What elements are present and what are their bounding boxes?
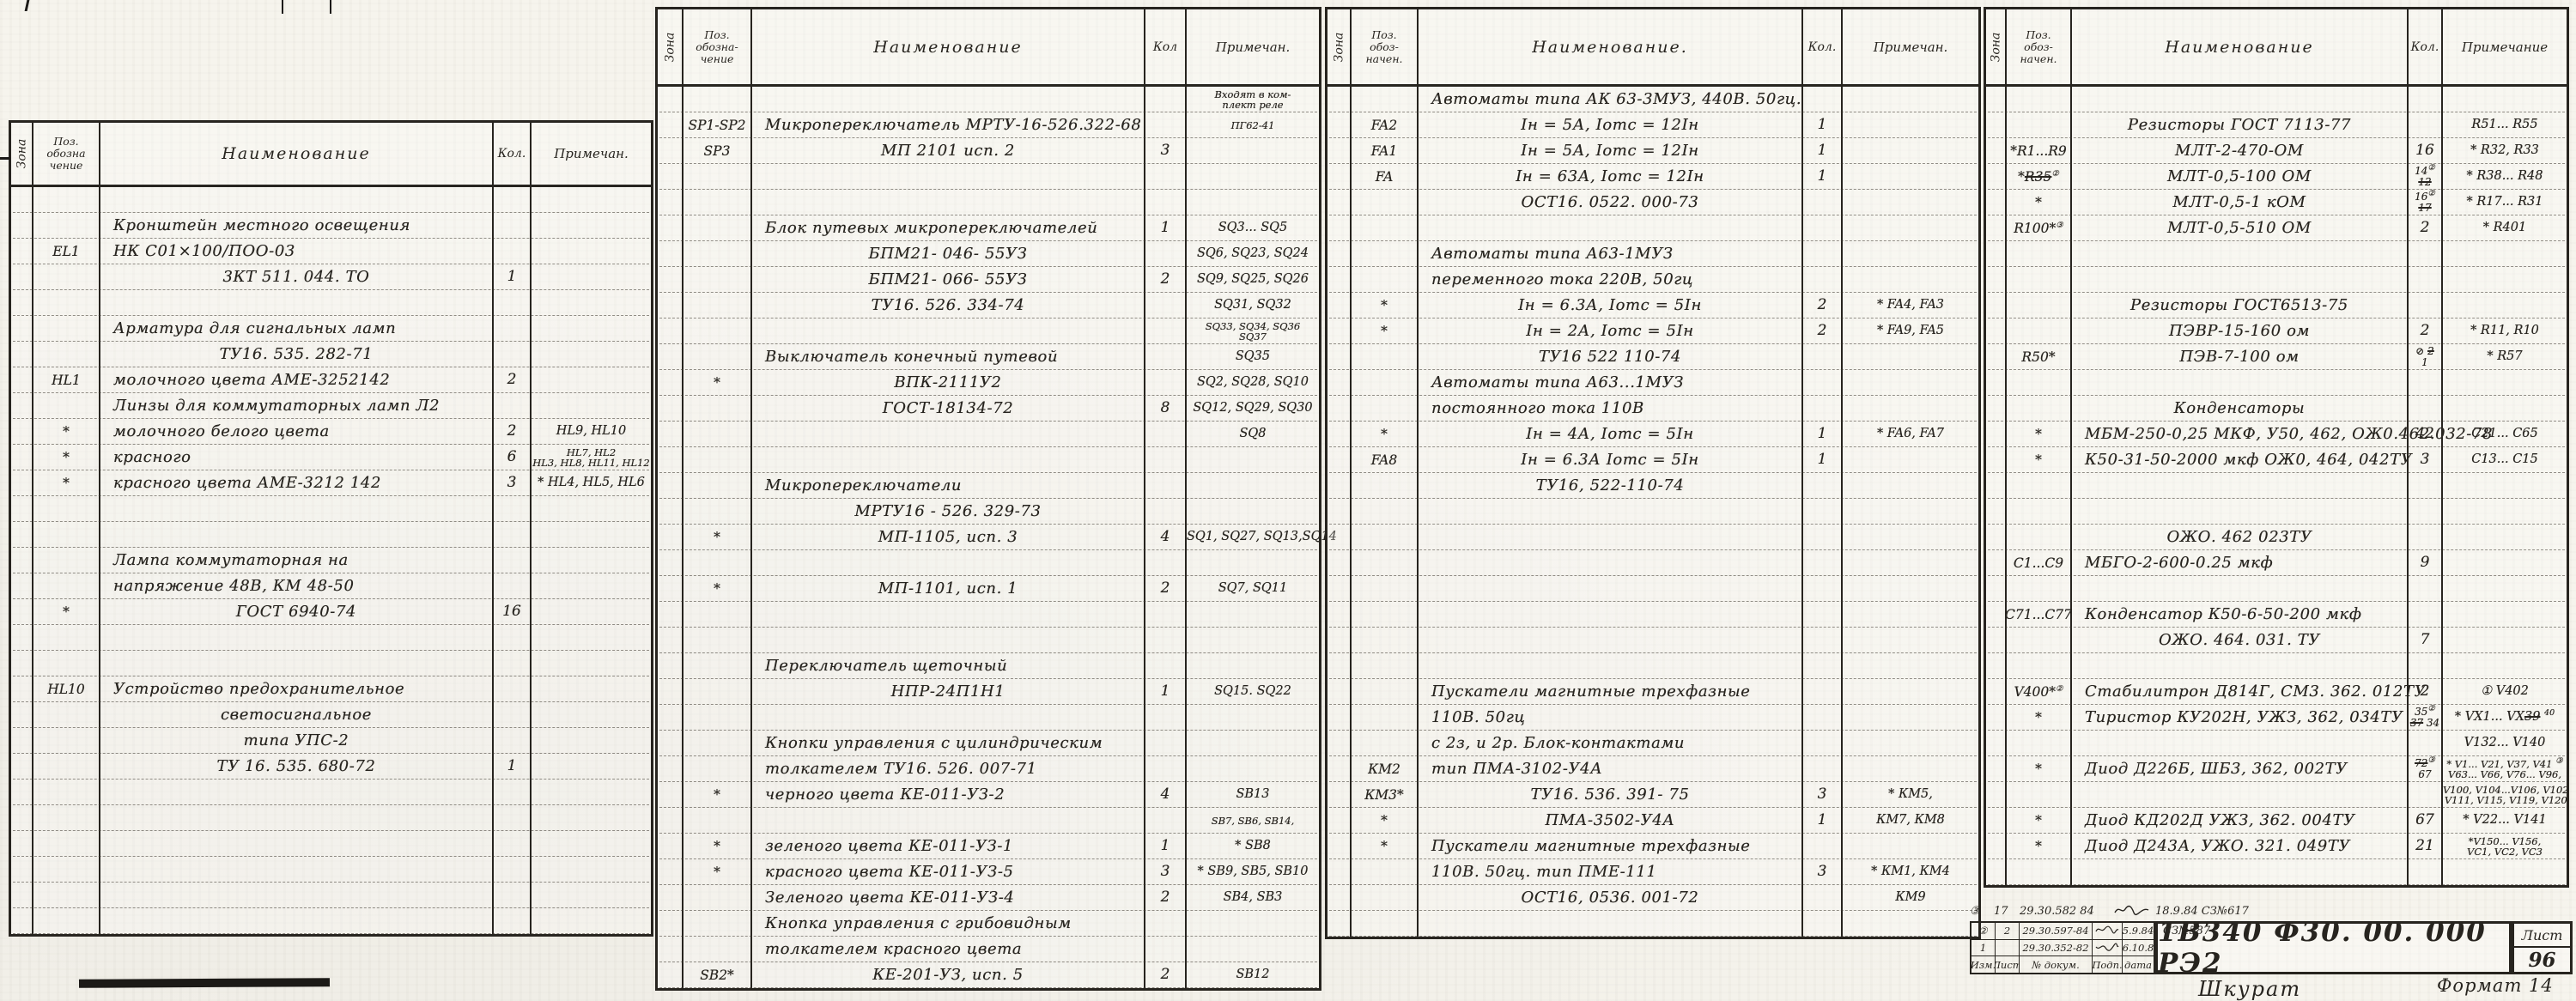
quantity-cell xyxy=(1145,370,1187,396)
author-signature-text: Шкурат xyxy=(2198,977,2301,1001)
position-cell xyxy=(1352,679,1419,705)
revision-sheet: 17 xyxy=(1994,905,2020,918)
quantity-cell xyxy=(2409,499,2443,525)
quantity-cell xyxy=(494,857,532,883)
zone-cell xyxy=(1327,885,1352,911)
position-cell: С1...С9 xyxy=(2007,550,2072,576)
zone-cell xyxy=(658,293,683,318)
fold-mark xyxy=(330,0,331,14)
note-cell: SQ35 xyxy=(1187,344,1319,370)
zone-cell xyxy=(1327,396,1352,422)
document-number-box: СЗ№587 1В340 Ф30. 00. 000 РЭ2 xyxy=(2155,921,2512,974)
table-row: КМ3*ТУ16. 536. 391- 753* КМ5, xyxy=(1327,782,1978,808)
position-cell xyxy=(683,190,752,215)
quantity-cell xyxy=(1803,499,1843,525)
table-row: *ГОСТ 6940-7416 xyxy=(11,599,651,625)
table-row: ТУ16. 526. 334-74SQ31, SQ32 xyxy=(658,293,1319,318)
name-cell: Кнопка управления с грибовидным xyxy=(752,911,1145,937)
position-cell xyxy=(33,908,100,934)
parts-table-resistors-diodes: ЗонаПоз.обоз-начен.НаименованиеКол.Приме… xyxy=(1984,7,2569,888)
note-cell: SQ1, SQ27, SQ13,SQ14 xyxy=(1187,525,1337,550)
note-cell: КМ7, КМ8 xyxy=(1843,808,1978,834)
position-cell xyxy=(33,651,100,676)
name-cell: толкателем красного цвета xyxy=(752,937,1145,962)
name-cell: Стабилитрон Д814Г, СМ3. 362. 012ТУ xyxy=(2072,679,2409,705)
position-cell xyxy=(1352,499,1419,525)
quantity-cell xyxy=(2409,112,2443,138)
position-cell: SP3 xyxy=(683,138,752,164)
quantity-cell xyxy=(1145,499,1187,525)
zone-cell xyxy=(1986,473,2007,499)
zone-cell xyxy=(1986,525,2007,550)
position-cell xyxy=(683,447,752,473)
quantity-cell: 2 xyxy=(1145,576,1187,602)
revision-row: ② 2 29.30.597-84 5.9.84 xyxy=(1971,923,2154,940)
table-row: Кронштейн местного освещения xyxy=(11,213,651,239)
fold-mark xyxy=(282,0,283,14)
note-cell xyxy=(1843,473,1978,499)
zone-cell xyxy=(11,264,33,290)
quantity-cell: 3 xyxy=(1145,138,1187,164)
note-cell xyxy=(2443,859,2567,885)
name-cell xyxy=(100,290,494,316)
quantity-cell: 1 xyxy=(494,264,532,290)
table-row xyxy=(658,190,1319,215)
note-column-header: Примечан. xyxy=(1187,9,1319,84)
position-cell xyxy=(683,215,752,241)
revision-header-row: Изм. Лист № докум. Подп. дата xyxy=(1971,956,2154,973)
name-cell: МЛТ-2-470-ОМ xyxy=(2072,138,2409,164)
quantity-cell: 2 xyxy=(1145,962,1187,988)
quantity-cell xyxy=(1803,241,1843,267)
position-cell: * xyxy=(683,834,752,859)
name-cell xyxy=(752,190,1145,215)
note-cell xyxy=(2443,267,2567,293)
table-row: SQ33, SQ34, SQ36SQ37 xyxy=(658,318,1319,344)
quantity-cell xyxy=(494,187,532,213)
quantity-cell xyxy=(1145,318,1187,344)
quantity-cell xyxy=(1145,293,1187,318)
name-cell: ПЭВ-7-100 ом xyxy=(2072,344,2409,370)
quantity-cell: 6 xyxy=(494,445,532,470)
position-cell xyxy=(1352,87,1419,112)
quantity-cell xyxy=(1803,525,1843,550)
note-cell xyxy=(532,702,651,728)
note-cell xyxy=(532,573,651,599)
table-row: *R1...R9МЛТ-2-470-ОМ16* R32, R33 xyxy=(1986,138,2567,164)
zone-cell xyxy=(1327,859,1352,885)
table-row: БПМ21- 046- 55УЗSQ6, SQ23, SQ24 xyxy=(658,241,1319,267)
zone-cell xyxy=(658,138,683,164)
zone-cell xyxy=(1327,164,1352,190)
quantity-cell xyxy=(1145,550,1187,576)
position-cell xyxy=(683,499,752,525)
note-cell: С13... С15 xyxy=(2443,447,2567,473)
table-row xyxy=(11,290,651,316)
zone-cell xyxy=(11,883,33,908)
table-row: ОЖО. 464. 031. ТУ7 xyxy=(1986,628,2567,653)
name-cell: типа УПС-2 xyxy=(100,728,494,754)
table-row: HL10Устройство предохранительное xyxy=(11,676,651,702)
name-cell: ПМА-3502-У4А xyxy=(1419,808,1803,834)
zone-cell xyxy=(658,937,683,962)
note-cell xyxy=(1843,705,1978,731)
position-cell xyxy=(683,293,752,318)
position-cell xyxy=(2007,499,2072,525)
quantity-cell xyxy=(1145,602,1187,628)
position-cell xyxy=(683,344,752,370)
table-row: КМ2тип ПМА-3102-У4А xyxy=(1327,756,1978,782)
quantity-cell: 42 xyxy=(2409,422,2443,447)
name-cell: МЛТ-0,5-510 ОМ xyxy=(2072,215,2409,241)
zone-cell xyxy=(658,653,683,679)
zone-cell xyxy=(658,499,683,525)
quantity-cell xyxy=(494,316,532,342)
table-row: V132... V140 xyxy=(1986,731,2567,756)
note-cell xyxy=(2443,499,2567,525)
note-cell: * SB8 xyxy=(1187,834,1319,859)
position-cell xyxy=(683,164,752,190)
position-cell: * xyxy=(1352,834,1419,859)
note-cell: * VX1... VX39 40 xyxy=(2443,705,2567,731)
quantity-column-header: Кол. xyxy=(1803,9,1843,84)
note-cell xyxy=(2443,550,2567,576)
position-cell: R100*③ xyxy=(2007,215,2072,241)
zone-cell xyxy=(1986,215,2007,241)
quantity-cell: 2 xyxy=(1145,267,1187,293)
position-cell: FA2 xyxy=(1352,112,1419,138)
name-cell xyxy=(752,602,1145,628)
position-cell xyxy=(1352,885,1419,911)
zone-cell xyxy=(658,705,683,731)
name-cell: молочного белого цвета xyxy=(100,419,494,445)
quantity-cell xyxy=(494,625,532,651)
position-cell xyxy=(33,264,100,290)
position-cell: КМ2 xyxy=(1352,756,1419,782)
name-cell xyxy=(2072,653,2409,679)
quantity-cell xyxy=(2409,241,2443,267)
quantity-cell xyxy=(1145,473,1187,499)
title-block-revision-grid: ② 2 29.30.597-84 5.9.84 1 29.30.352-82 2… xyxy=(1970,921,2155,974)
zone-cell xyxy=(658,112,683,138)
name-cell: ОЖО. 462 023ТУ xyxy=(2072,525,2409,550)
note-cell xyxy=(1843,370,1978,396)
table-row: SB7, SB6, SB14, xyxy=(658,808,1319,834)
name-cell: Пускатели магнитные трехфазные xyxy=(1419,679,1803,705)
zone-cell xyxy=(1986,550,2007,576)
quantity-cell xyxy=(2409,267,2443,293)
quantity-cell xyxy=(1803,550,1843,576)
zone-cell xyxy=(11,393,33,419)
zone-cell xyxy=(1327,473,1352,499)
table-row: С1...С9МБГО-2-600-0.25 мкф9 xyxy=(1986,550,2567,576)
name-cell xyxy=(752,318,1145,344)
table-row: FAIн = 63А, Iотс = 12Iн1 xyxy=(1327,164,1978,190)
position-cell xyxy=(683,241,752,267)
table-row xyxy=(11,805,651,831)
table-row xyxy=(658,164,1319,190)
zone-cell xyxy=(1327,318,1352,344)
name-cell xyxy=(100,831,494,857)
revision-izm: ③ xyxy=(1970,905,1994,918)
quantity-cell xyxy=(1145,756,1187,782)
position-cell: *R35② xyxy=(2007,164,2072,190)
name-cell: Резисторы ГОСТ6513-75 xyxy=(2072,293,2409,318)
table-row: постоянного тока 110В xyxy=(1327,396,1978,422)
note-cell: * R38... R48 xyxy=(2443,164,2567,190)
note-cell xyxy=(1843,679,1978,705)
note-cell xyxy=(2443,87,2567,112)
name-cell: Кронштейн местного освещения xyxy=(100,213,494,239)
name-cell: Iн = 5А, Iотс = 12Iн xyxy=(1419,138,1803,164)
zone-cell xyxy=(1327,215,1352,241)
table-row: Кнопка управления с грибовидным xyxy=(658,911,1319,937)
zone-cell xyxy=(11,290,33,316)
name-cell xyxy=(1419,653,1803,679)
name-cell: Арматура для сигнальных ламп xyxy=(100,316,494,342)
position-cell xyxy=(683,911,752,937)
name-cell: БПМ21- 046- 55УЗ xyxy=(752,241,1145,267)
quantity-cell xyxy=(494,213,532,239)
name-cell: МБГО-2-600-0.25 мкф xyxy=(2072,550,2409,576)
name-cell xyxy=(2072,241,2409,267)
zone-cell xyxy=(1986,628,2007,653)
note-cell: * FA4, FA3 xyxy=(1843,293,1978,318)
table-row: переменного тока 220В, 50гц xyxy=(1327,267,1978,293)
note-cell xyxy=(1187,628,1319,653)
note-cell: ПГ62-41 xyxy=(1187,112,1319,138)
table-row: ТУ16, 522-110-74 xyxy=(1327,473,1978,499)
table-row xyxy=(658,447,1319,473)
note-cell xyxy=(532,187,651,213)
note-cell xyxy=(532,367,651,393)
position-cell xyxy=(683,808,752,834)
quantity-cell xyxy=(2409,525,2443,550)
table-row: FA1Iн = 5А, Iотс = 12Iн1 xyxy=(1327,138,1978,164)
table-row: *R35②МЛТ-0,5-100 ОМ14②12* R38... R48 xyxy=(1986,164,2567,190)
zone-cell xyxy=(1327,576,1352,602)
zone-cell xyxy=(1327,782,1352,808)
name-cell xyxy=(1419,576,1803,602)
zone-cell xyxy=(1327,447,1352,473)
table-row: V400*②Стабилитрон Д814Г, СМ3. 362. 012ТУ… xyxy=(1986,679,2567,705)
name-cell: Зеленого цвета КЕ-011-УЗ-4 xyxy=(752,885,1145,911)
position-cell xyxy=(33,573,100,599)
name-cell: ВПК-2111У2 xyxy=(752,370,1145,396)
table-row: 110В. 50гц. тип ПМЕ-1113* КМ1, КМ4 xyxy=(1327,859,1978,885)
sheet-number-box: Лист 96 xyxy=(2512,921,2573,974)
name-cell xyxy=(100,625,494,651)
name-cell: ГОСТ 6940-74 xyxy=(100,599,494,625)
quantity-cell xyxy=(494,805,532,831)
position-cell xyxy=(2007,859,2072,885)
table-row: 3КТ 511. 044. ТО1 xyxy=(11,264,651,290)
position-cell: * xyxy=(1352,318,1419,344)
name-cell: ТУ16 522 110-74 xyxy=(1419,344,1803,370)
note-cell xyxy=(1843,499,1978,525)
note-cell xyxy=(1843,344,1978,370)
note-cell xyxy=(532,393,651,419)
note-cell xyxy=(1843,396,1978,422)
quantity-cell xyxy=(1803,370,1843,396)
position-cell xyxy=(683,705,752,731)
note-cell xyxy=(2443,370,2567,396)
zone-cell xyxy=(1327,293,1352,318)
note-cell: SQ8 xyxy=(1187,422,1319,447)
name-cell: толкателем ТУ16. 526. 007-71 xyxy=(752,756,1145,782)
table-row xyxy=(1986,859,2567,885)
table-row: FA8Iн = 6.3А Iотс = 5Iн1 xyxy=(1327,447,1978,473)
note-cell: * R32, R33 xyxy=(2443,138,2567,164)
table-row xyxy=(11,522,651,548)
name-cell xyxy=(1419,602,1803,628)
zone-cell xyxy=(11,831,33,857)
name-cell xyxy=(100,651,494,676)
table-row: SQ8 xyxy=(658,422,1319,447)
name-cell xyxy=(100,883,494,908)
note-cell xyxy=(1843,576,1978,602)
position-cell xyxy=(33,548,100,573)
name-cell: Микропереключатель МРТУ-16-526.322-68 xyxy=(752,112,1145,138)
zone-cell xyxy=(658,602,683,628)
quantity-cell xyxy=(1803,756,1843,782)
note-cell xyxy=(532,522,651,548)
name-cell: Линзы для коммутаторных ламп Л2 xyxy=(100,393,494,419)
quantity-cell xyxy=(2409,293,2443,318)
position-cell xyxy=(33,625,100,651)
name-cell: Диод КД202Д УЖЗ, 362. 004ТУ xyxy=(2072,808,2409,834)
note-cell: SQ6, SQ23, SQ24 xyxy=(1187,241,1319,267)
name-cell: Автоматы типа АК 63-3МУЗ, 440В. 50гц. xyxy=(1419,87,1803,112)
table-row xyxy=(658,628,1319,653)
table-row: *Диод КД202Д УЖЗ, 362. 004ТУ67* V22... V… xyxy=(1986,808,2567,834)
name-column-header: Наименование xyxy=(752,9,1145,84)
table-row: Зеленого цвета КЕ-011-УЗ-42SB4, SB3 xyxy=(658,885,1319,911)
position-column-header: Поз.обозначение xyxy=(33,123,100,185)
name-cell: ТУ16. 535. 282-71 xyxy=(100,342,494,367)
position-cell xyxy=(1352,267,1419,293)
position-cell xyxy=(33,522,100,548)
note-cell: *V150... V156,VC1, VC2, VC3 xyxy=(2443,834,2567,859)
position-cell xyxy=(33,187,100,213)
name-cell: Iн = 6.3А, Iотс = 5Iн xyxy=(1419,293,1803,318)
name-cell: МБМ-250-0,25 МКФ, У50, 462, ОЖ0.462.032-… xyxy=(2072,422,2409,447)
zone-cell xyxy=(1986,705,2007,731)
quantity-cell: 3 xyxy=(1803,782,1843,808)
zone-cell xyxy=(1986,241,2007,267)
quantity-cell: 2 xyxy=(1803,293,1843,318)
zone-cell xyxy=(1986,112,2007,138)
note-cell xyxy=(1843,602,1978,628)
zone-cell xyxy=(1986,756,2007,782)
quantity-cell: 3 xyxy=(1803,859,1843,885)
quantity-cell xyxy=(1803,602,1843,628)
zone-cell xyxy=(1327,87,1352,112)
quantity-cell xyxy=(1803,911,1843,937)
position-cell: * xyxy=(2007,190,2072,215)
name-cell xyxy=(752,447,1145,473)
zone-cell xyxy=(658,885,683,911)
position-cell xyxy=(2007,293,2072,318)
table-row: ОСТ16, 0536. 001-72КМ9 xyxy=(1327,885,1978,911)
position-cell xyxy=(2007,87,2072,112)
position-cell: HL1 xyxy=(33,367,100,393)
table-row xyxy=(11,651,651,676)
position-cell xyxy=(1352,859,1419,885)
note-cell xyxy=(1843,756,1978,782)
table-row xyxy=(1327,911,1978,937)
name-cell: К50-31-50-2000 мкф ОЖ0, 464, 042ТУ xyxy=(2072,447,2409,473)
zone-cell xyxy=(1986,138,2007,164)
position-cell xyxy=(683,396,752,422)
note-cell xyxy=(1187,164,1319,190)
position-cell: * xyxy=(33,470,100,496)
zone-cell xyxy=(11,496,33,522)
col-sign-label: Подп. xyxy=(2093,959,2123,971)
zone-cell xyxy=(1986,318,2007,344)
zone-cell xyxy=(658,731,683,756)
table-row: *Диод Д243А, УЖО. 321. 049ТУ21*V150... V… xyxy=(1986,834,2567,859)
zone-cell xyxy=(11,728,33,754)
table-row xyxy=(1327,602,1978,628)
table-row xyxy=(1327,499,1978,525)
note-cell xyxy=(532,290,651,316)
position-cell: С71...С77 xyxy=(2007,602,2072,628)
quantity-cell: 1 xyxy=(1803,164,1843,190)
zone-cell xyxy=(1327,756,1352,782)
note-cell: КМ9 xyxy=(1843,885,1978,911)
zone-column-header: Зона xyxy=(11,123,33,185)
table-row xyxy=(11,780,651,805)
quantity-cell: 2 xyxy=(2409,318,2443,344)
quantity-cell: 1 xyxy=(1145,679,1187,705)
zone-cell xyxy=(11,702,33,728)
name-cell xyxy=(752,164,1145,190)
name-cell xyxy=(752,87,1145,112)
position-cell: * xyxy=(683,576,752,602)
zone-cell xyxy=(658,859,683,885)
table-row: SP3МП 2101 исп. 23 xyxy=(658,138,1319,164)
sheet-number: 96 xyxy=(2514,948,2570,972)
name-cell: молочного цвета АМЕ-3252142 xyxy=(100,367,494,393)
quantity-cell xyxy=(1803,190,1843,215)
quantity-cell: 1 xyxy=(494,754,532,780)
name-cell: Iн = 2А, Iотс = 5Iн xyxy=(1419,318,1803,344)
table-row: *Iн = 6.3А, Iотс = 5Iн2* FA4, FA3 xyxy=(1327,293,1978,318)
position-cell xyxy=(1352,576,1419,602)
zone-cell xyxy=(1986,602,2007,628)
table-row: с 2з, и 2р. Блок-контактами xyxy=(1327,731,1978,756)
zone-cell xyxy=(658,550,683,576)
name-cell: МРТУ16 - 526. 329-73 xyxy=(752,499,1145,525)
zone-cell xyxy=(11,548,33,573)
table-row: БПМ21- 066- 55УЗ2SQ9, SQ25, SQ26 xyxy=(658,267,1319,293)
zone-cell xyxy=(1986,396,2007,422)
quantity-cell xyxy=(2409,653,2443,679)
note-cell xyxy=(2443,653,2567,679)
table-row: R100*③МЛТ-0,5-510 ОМ2* R401 xyxy=(1986,215,2567,241)
table-row: *зеленого цвета КЕ-011-УЗ-11* SB8 xyxy=(658,834,1319,859)
position-cell xyxy=(2007,267,2072,293)
table-row: ТУ16 522 110-74 xyxy=(1327,344,1978,370)
table-row: ОЖО. 462 023ТУ xyxy=(1986,525,2567,550)
zone-column-header: Зона xyxy=(1327,9,1352,84)
name-cell: 110В. 50гц. тип ПМЕ-111 xyxy=(1419,859,1803,885)
table-row: EL1НК С01×100/ПОО-03 xyxy=(11,239,651,264)
note-cell: SB7, SB6, SB14, xyxy=(1187,808,1319,834)
zone-cell xyxy=(1327,344,1352,370)
note-cell: V132... V140 xyxy=(2443,731,2567,756)
